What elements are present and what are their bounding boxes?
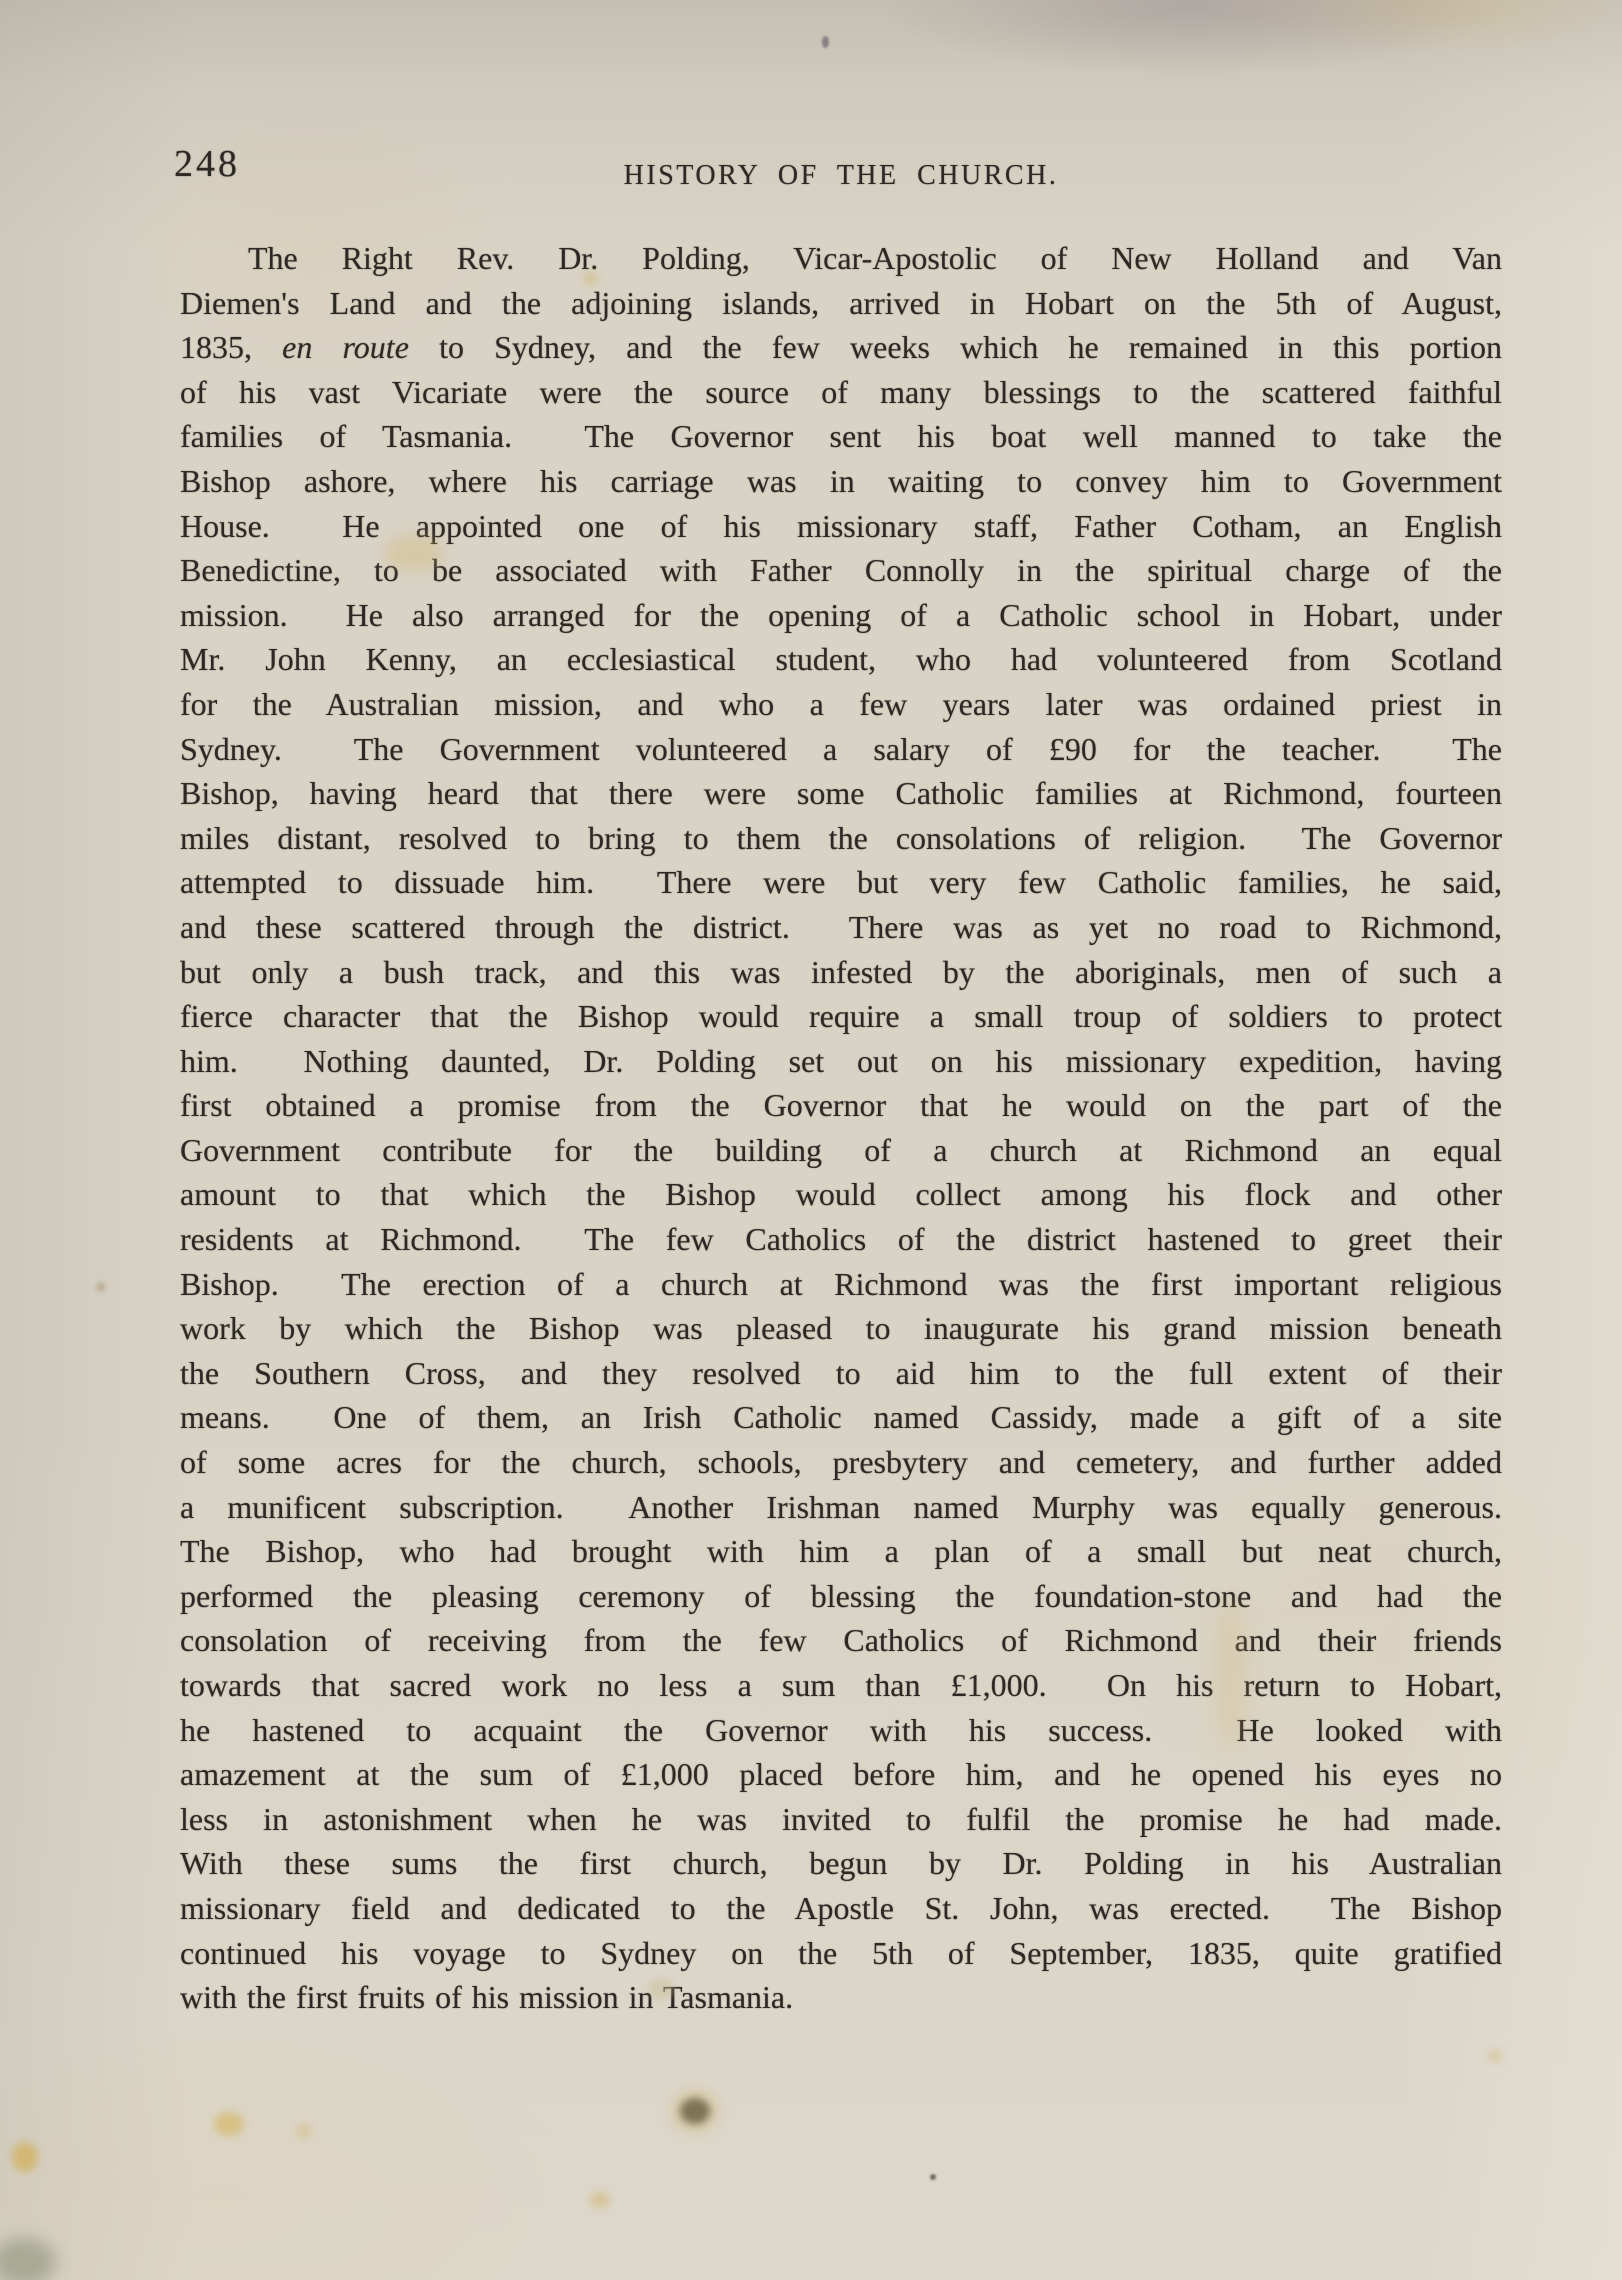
body-text-line: with the first fruits of his mission in … bbox=[180, 1975, 1502, 2020]
paper-stain bbox=[1215, 1600, 1247, 1750]
body-text-line: Mr. John Kenny, an ecclesiastical studen… bbox=[180, 637, 1502, 682]
foxing-spot bbox=[680, 2098, 710, 2124]
paper-stain bbox=[385, 535, 443, 571]
body-text-line: House. He appointed one of his missionar… bbox=[180, 504, 1502, 549]
paper-stain bbox=[648, 1978, 674, 2000]
body-text-line: work by which the Bishop was pleased to … bbox=[180, 1306, 1502, 1351]
body-text-line: of his vast Vicariate were the source of… bbox=[180, 370, 1502, 415]
foxing-spot bbox=[590, 2192, 610, 2208]
body-text-line: a munificent subscription. Another Irish… bbox=[180, 1485, 1502, 1530]
foxing-spot bbox=[12, 2142, 38, 2172]
body-text-line: Diemen's Land and the adjoining islands,… bbox=[180, 281, 1502, 326]
body-text-line: fierce character that the Bishop would r… bbox=[180, 994, 1502, 1039]
body-text-line: Sydney. The Government volunteered a sal… bbox=[180, 727, 1502, 772]
body-text-line: mission. He also arranged for the openin… bbox=[180, 593, 1502, 638]
body-text-line: With these sums the first church, begun … bbox=[180, 1841, 1502, 1886]
body-text-line: him. Nothing daunted, Dr. Polding set ou… bbox=[180, 1039, 1502, 1084]
body-text-line: Bishop. The erection of a church at Rich… bbox=[180, 1262, 1502, 1307]
foxing-spot bbox=[296, 2124, 312, 2138]
body-text-line: attempted to dissuade him. There were bu… bbox=[180, 860, 1502, 905]
body-text-line: but only a bush track, and this was infe… bbox=[180, 950, 1502, 995]
body-text-line: Benedictine, to be associated with Fathe… bbox=[180, 548, 1502, 593]
body-text-line: performed the pleasing ceremony of bless… bbox=[180, 1574, 1502, 1619]
body-text-line: continued his voyage to Sydney on the 5t… bbox=[180, 1931, 1502, 1976]
foxing-spot bbox=[214, 2112, 244, 2136]
body-text-line: he hastened to acquaint the Governor wit… bbox=[180, 1708, 1502, 1753]
running-title: HISTORY OF THE CHURCH. bbox=[180, 160, 1502, 192]
body-text-line: missionary field and dedicated to the Ap… bbox=[180, 1886, 1502, 1931]
body-text-line: families of Tasmania. The Governor sent … bbox=[180, 414, 1502, 459]
body-text-line: miles distant, resolved to bring to them… bbox=[180, 816, 1502, 861]
foxing-spot bbox=[96, 1282, 106, 1292]
body-text-line: less in astonishment when he was invited… bbox=[180, 1797, 1502, 1842]
body-text: The Right Rev. Dr. Polding, Vicar-Aposto… bbox=[180, 236, 1502, 2020]
book-page-scan: 248 HISTORY OF THE CHURCH. The Right Rev… bbox=[0, 0, 1622, 2280]
body-text-line: Bishop ashore, where his carriage was in… bbox=[180, 459, 1502, 504]
body-text-line: The Bishop, who had brought with him a p… bbox=[180, 1529, 1502, 1574]
ink-speck bbox=[822, 36, 829, 48]
body-text-line: The Right Rev. Dr. Polding, Vicar-Aposto… bbox=[180, 236, 1502, 281]
body-text-line: means. One of them, an Irish Catholic na… bbox=[180, 1395, 1502, 1440]
body-text-line: first obtained a promise from the Govern… bbox=[180, 1083, 1502, 1128]
foxing-spot bbox=[1488, 2050, 1502, 2062]
body-text-line: of some acres for the church, schools, p… bbox=[180, 1440, 1502, 1485]
body-text-line: and these scattered through the district… bbox=[180, 905, 1502, 950]
body-text-line: amazement at the sum of £1,000 placed be… bbox=[180, 1752, 1502, 1797]
ink-speck bbox=[930, 2174, 936, 2180]
body-text-line: Bishop, having heard that there were som… bbox=[180, 771, 1502, 816]
body-text-line: amount to that which the Bishop would co… bbox=[180, 1172, 1502, 1217]
body-text-line: for the Australian mission, and who a fe… bbox=[180, 682, 1502, 727]
body-text-line: 1835, en route to Sydney, and the few we… bbox=[180, 325, 1502, 370]
body-text-line: towards that sacred work no less a sum t… bbox=[180, 1663, 1502, 1708]
body-text-line: the Southern Cross, and they resolved to… bbox=[180, 1351, 1502, 1396]
foxing-spot bbox=[584, 272, 597, 285]
body-text-line: Government contribute for the building o… bbox=[180, 1128, 1502, 1173]
paper-stain bbox=[0, 2238, 56, 2280]
body-text-line: consolation of receiving from the few Ca… bbox=[180, 1618, 1502, 1663]
body-text-line: residents at Richmond. The few Catholics… bbox=[180, 1217, 1502, 1262]
